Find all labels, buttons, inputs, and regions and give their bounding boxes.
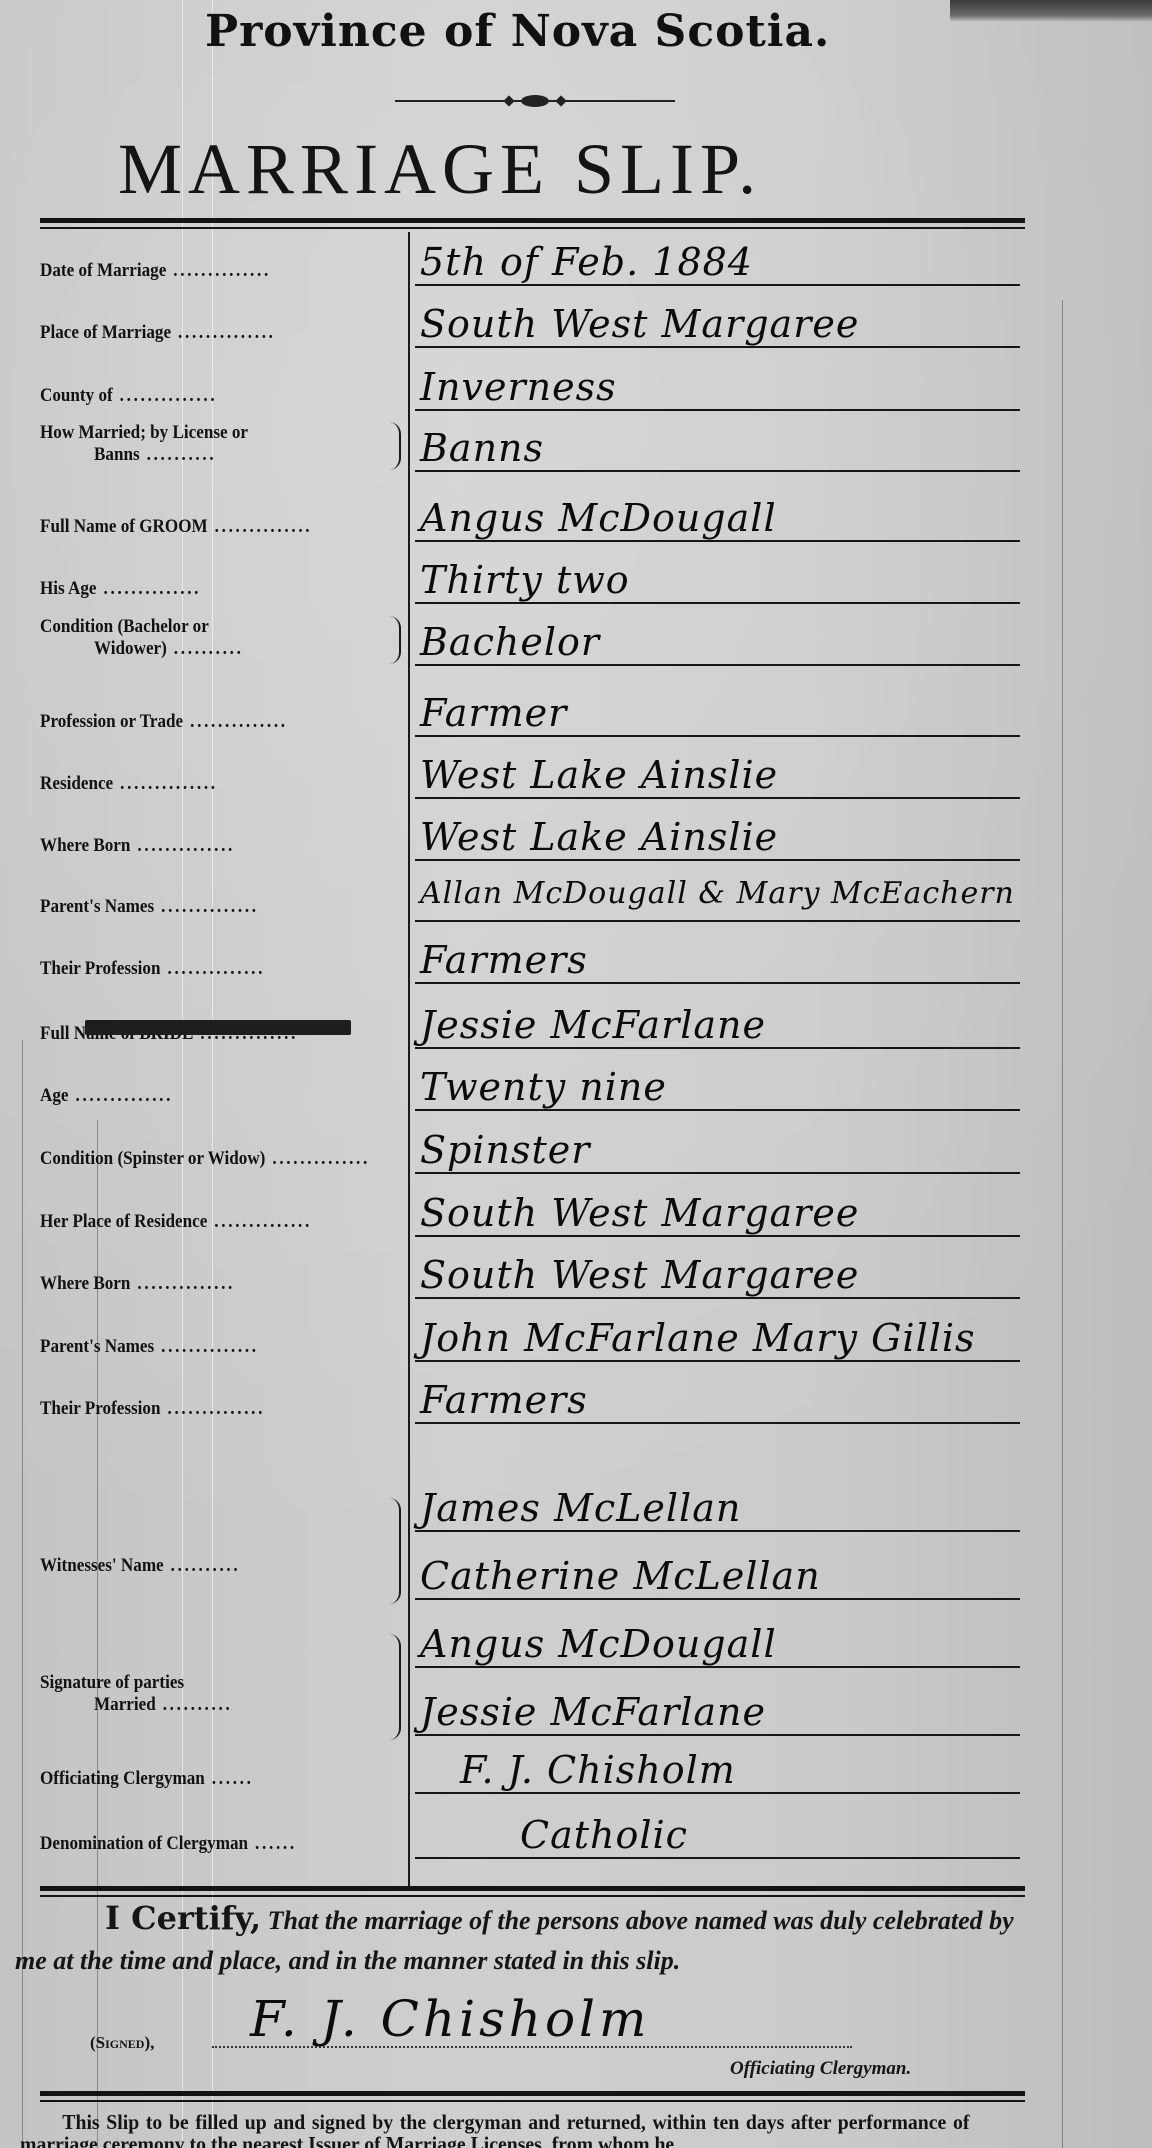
field-label-text: Officiating Clergyman: [40, 1768, 205, 1789]
column-divider: [408, 232, 410, 1887]
entry-line: [415, 797, 1020, 799]
field-value[interactable]: Twenty nine: [420, 1065, 667, 1109]
leader-dots: ..........: [164, 1555, 241, 1576]
leader-dots: ..............: [130, 835, 235, 856]
field-value[interactable]: West Lake Ainslie: [420, 815, 778, 859]
field-value[interactable]: Spinster: [420, 1128, 590, 1172]
entry-line: [415, 602, 1020, 604]
field-label-text: County of: [40, 385, 113, 406]
brace: [385, 422, 401, 470]
field-label-text: Profession or Trade: [40, 711, 183, 732]
entry-line: [415, 735, 1020, 737]
field-label: Profession or Trade ..............: [40, 711, 373, 733]
field-label: How Married; by License orBanns ........…: [40, 422, 373, 466]
entry-line: [415, 540, 1020, 542]
leader-dots: ..............: [68, 1085, 173, 1106]
entry-line: [415, 346, 1020, 348]
field-value[interactable]: Farmer: [420, 691, 567, 735]
field-label-text: Denomination of Clergyman: [40, 1833, 248, 1854]
field-value[interactable]: Allan McDougall & Mary McEachern: [420, 876, 1015, 911]
field-label-text: Her Place of Residence: [40, 1211, 207, 1232]
witnesses-label: Witnesses' Name ..........: [40, 1555, 373, 1577]
witnesses-value[interactable]: James McLellan: [420, 1486, 741, 1530]
field-value[interactable]: West Lake Ainslie: [420, 753, 778, 797]
footer-instructions: This Slip to be filled up and signed by …: [20, 2111, 969, 2148]
document-paper: Province of Nova Scotia. MARRIAGE SLIP. …: [0, 0, 1152, 2148]
entry-line: [415, 1360, 1020, 1362]
officiating-value[interactable]: F. J. Chisholm: [460, 1748, 736, 1792]
field-label-text: Their Profession: [40, 1398, 161, 1419]
entry-line: [415, 284, 1020, 286]
field-label-line2: Married ..........: [40, 1694, 373, 1716]
entry-line: [415, 470, 1020, 472]
entry-line: [415, 1109, 1020, 1111]
field-label: Their Profession ..............: [40, 1398, 373, 1420]
document-title: MARRIAGE SLIP.: [118, 128, 762, 211]
field-value[interactable]: Inverness: [420, 365, 617, 409]
field-label-text: Place of Marriage: [40, 322, 171, 343]
field-label: Condition (Spinster or Widow) ..........…: [40, 1148, 373, 1170]
clergyman-signature: F. J. Chisholm: [250, 1990, 650, 2048]
entry-line: [415, 1047, 1020, 1049]
field-value[interactable]: Banns: [420, 426, 544, 470]
entry-line: [415, 1297, 1020, 1299]
field-label-text: Witnesses' Name: [40, 1555, 164, 1576]
leader-dots: ..............: [161, 958, 266, 979]
fold-crease: [22, 1040, 23, 2148]
field-label: Parent's Names ..............: [40, 1336, 373, 1358]
field-label-text: Married: [94, 1694, 156, 1715]
entry-line: [415, 1598, 1020, 1600]
field-label-text: Full Name of GROOM: [40, 516, 208, 537]
field-label-text: Where Born: [40, 1273, 130, 1294]
field-label-line2: Widower) ..........: [40, 638, 373, 660]
entry-line: [415, 1235, 1020, 1237]
field-label: Their Profession ..............: [40, 958, 373, 980]
field-label: Her Place of Residence ..............: [40, 1211, 373, 1233]
certification-text: I Certify, That the marriage of the pers…: [15, 1898, 1025, 1981]
entry-line: [415, 982, 1020, 984]
field-label-text: Where Born: [40, 835, 130, 856]
leader-dots: ..............: [154, 1336, 259, 1357]
leader-dots: ..............: [183, 711, 288, 732]
leader-dots: ..........: [156, 1694, 233, 1715]
witnesses-value[interactable]: Catherine McLellan: [420, 1554, 821, 1598]
field-label: Age ..............: [40, 1085, 373, 1107]
field-label-text: Parent's Names: [40, 1336, 154, 1357]
field-value[interactable]: Jessie McFarlane: [420, 1003, 766, 1047]
signed-label: (Signed),: [90, 2033, 154, 2053]
field-value[interactable]: Farmers: [420, 1378, 588, 1422]
field-label-line2: Banns ..........: [40, 444, 373, 466]
brace: [385, 1498, 401, 1604]
footer-rule: [40, 2091, 1025, 2102]
field-label-text: Signature of parties: [40, 1672, 184, 1693]
field-value[interactable]: South West Margaree: [420, 1191, 859, 1235]
entry-line: [415, 859, 1020, 861]
leader-dots: ......: [248, 1833, 297, 1854]
field-label-text: Parent's Names: [40, 896, 154, 917]
entry-line: [415, 1792, 1020, 1794]
section-rule: [40, 1886, 1025, 1897]
entry-line: [415, 1734, 1020, 1736]
signatures-value[interactable]: Jessie McFarlane: [420, 1690, 766, 1734]
field-label: Full Name of GROOM ..............: [40, 516, 373, 538]
field-value[interactable]: South West Margaree: [420, 302, 859, 346]
field-value[interactable]: Angus McDougall: [420, 496, 777, 540]
fold-crease: [1062, 300, 1063, 2148]
leader-dots: ..........: [140, 444, 217, 465]
field-label-text: Widower): [94, 638, 167, 659]
leader-dots: ..............: [161, 1398, 266, 1419]
entry-line: [415, 1857, 1020, 1859]
field-label-text: How Married; by License or: [40, 422, 248, 443]
signer-title: Officiating Clergyman.: [730, 2058, 911, 2080]
entry-line: [415, 409, 1020, 411]
field-label-text: Date of Marriage: [40, 260, 166, 281]
field-label-text: Condition (Bachelor or: [40, 616, 209, 637]
field-label-text: His Age: [40, 578, 97, 599]
leader-dots: ..........: [167, 638, 244, 659]
leader-dots: ..............: [265, 1148, 370, 1169]
field-label-text: Banns: [94, 444, 140, 465]
entry-line: [415, 1172, 1020, 1174]
leader-dots: ..............: [166, 260, 271, 281]
field-value[interactable]: Farmers: [420, 938, 588, 982]
field-value[interactable]: South West Margaree: [420, 1253, 859, 1297]
brace: [385, 1634, 401, 1740]
field-value[interactable]: Bachelor: [420, 620, 600, 664]
leader-dots: ..............: [207, 1211, 312, 1232]
entry-line: [415, 1666, 1020, 1668]
field-value[interactable]: John McFarlane Mary Gillis: [420, 1316, 976, 1360]
field-label: Where Born ..............: [40, 1273, 373, 1295]
entry-line: [415, 1530, 1020, 1532]
field-label: County of ..............: [40, 385, 373, 407]
denomination-label: Denomination of Clergyman ......: [40, 1833, 373, 1855]
entry-line: [415, 920, 1020, 922]
entry-line: [415, 1422, 1020, 1424]
field-label: Condition (Bachelor orWidower) .........…: [40, 616, 373, 660]
field-label-text: Their Profession: [40, 958, 161, 979]
header-rule: [40, 218, 1025, 229]
field-label: Residence ..............: [40, 773, 373, 795]
leader-dots: ..............: [208, 516, 313, 537]
brace: [385, 616, 401, 664]
field-label: Place of Marriage ..............: [40, 322, 373, 344]
field-label: Date of Marriage ..............: [40, 260, 373, 282]
field-value[interactable]: 5th of Feb. 1884: [420, 240, 753, 284]
field-label-text: Condition (Spinster or Widow): [40, 1148, 265, 1169]
field-label-text: Residence: [40, 773, 113, 794]
certify-lead: I Certify,: [105, 1899, 261, 1937]
denomination-value[interactable]: Catholic: [520, 1813, 688, 1857]
leader-dots: ..............: [97, 578, 202, 599]
field-value[interactable]: Thirty two: [420, 558, 630, 602]
signatures-value[interactable]: Angus McDougall: [420, 1622, 777, 1666]
entry-line: [415, 664, 1020, 666]
field-label: His Age ..............: [40, 578, 373, 600]
signatures-label: Signature of partiesMarried ..........: [40, 1672, 373, 1716]
footer-text: This Slip to be filled up and signed by …: [20, 2110, 969, 2148]
field-label: Parent's Names ..............: [40, 896, 373, 918]
field-label-text: Age: [40, 1085, 68, 1106]
leader-dots: ..............: [154, 896, 259, 917]
ornament-divider: [395, 93, 675, 109]
province-heading: Province of Nova Scotia.: [0, 6, 1152, 57]
leader-dots: ..............: [171, 322, 276, 343]
leader-dots: ......: [205, 1768, 254, 1789]
officiating-label: Officiating Clergyman ......: [40, 1768, 373, 1790]
leader-dots: ..............: [113, 773, 218, 794]
field-label: Where Born ..............: [40, 835, 373, 857]
leader-dots: ..............: [130, 1273, 235, 1294]
leader-dots: ..............: [113, 385, 218, 406]
redaction-bar: [85, 1020, 351, 1035]
